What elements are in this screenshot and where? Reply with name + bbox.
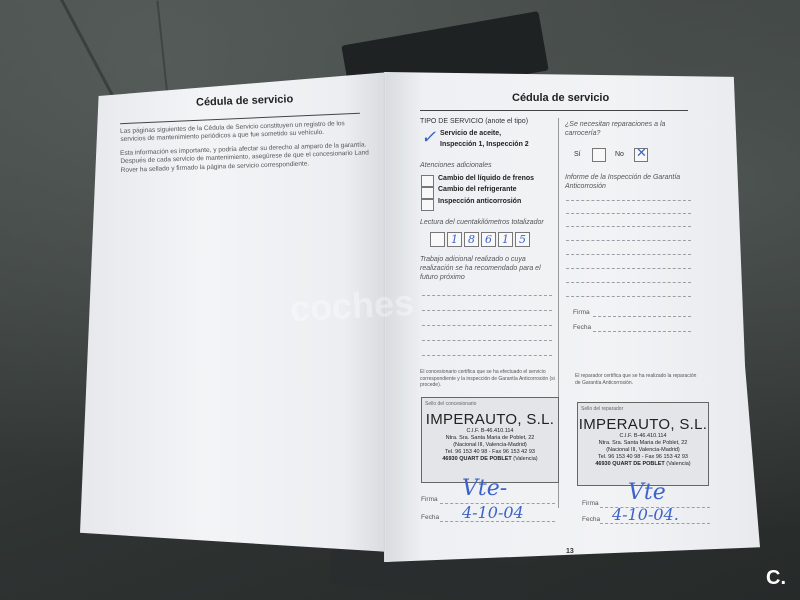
- stamp-address: Ntra. Sra. Santa Maria de Poblet, 22: [578, 440, 708, 447]
- stamp-header: Sello del reparador: [581, 406, 708, 412]
- stamp-city: QUART DE POBLET: [459, 456, 512, 462]
- stamp-phone: Tel. 96 153 40 98 - Fax 96 153 42 93: [578, 454, 708, 461]
- yes-label: Sí: [574, 151, 581, 158]
- stamp-city: QUART DE POBLET: [612, 461, 665, 467]
- service-type-heading: TIPO DE SERVICIO (anote el tipo): [420, 118, 528, 125]
- page-number-right: 13: [566, 548, 574, 555]
- extra-work-line[interactable]: [422, 355, 552, 356]
- additional-heading: Atenciones adicionales: [420, 162, 492, 169]
- report-line[interactable]: [566, 282, 691, 283]
- odometer-digit[interactable]: 6: [481, 232, 496, 247]
- stamp-cif: C.I.F. B-46.410.114: [422, 428, 558, 435]
- additional-item: Inspección anticorrosión: [438, 198, 521, 205]
- repairer-date: 4-10-04.: [612, 505, 679, 524]
- anticorrosion-checkbox[interactable]: [421, 199, 434, 211]
- report-line[interactable]: [566, 296, 691, 297]
- stamp-phone: Tel. 96 153 40 98 - Fax 96 153 42 93: [422, 449, 558, 456]
- repairer-fecha-label: Fecha: [582, 516, 600, 525]
- dealer-signature: Vte-: [462, 476, 507, 501]
- stamp-postal: 46930: [442, 456, 457, 462]
- dealer-stamp: Sello del concesionario IMPERAUTO, S.L. …: [421, 397, 559, 483]
- dealer-certification-text: El concesionario certifica que se ha efe…: [420, 369, 555, 389]
- coolant-checkbox[interactable]: [421, 187, 434, 199]
- corner-logo: C.: [766, 567, 786, 590]
- report-fecha-label: Fecha: [573, 324, 591, 333]
- repairer-certification-text: El reparador certifica que se ha realiza…: [575, 373, 700, 386]
- x-mark-icon: ✕: [636, 146, 647, 161]
- odometer-digit[interactable]: 8: [464, 232, 479, 247]
- extra-work-line[interactable]: [422, 310, 552, 311]
- report-firma-line[interactable]: [593, 316, 691, 317]
- service-type-option: Servicio de aceite,: [440, 130, 501, 137]
- stamp-region: (Valencia): [666, 461, 690, 467]
- odometer-digit[interactable]: 1: [498, 232, 513, 247]
- bodywork-no-checkbox[interactable]: ✕: [634, 148, 648, 162]
- repairer-stamp: Sello del reparador IMPERAUTO, S.L. C.I.…: [577, 402, 709, 486]
- extra-work-label: Trabajo adicional realizado o cuya reali…: [420, 255, 555, 282]
- stamp-road: (Nacional III, Valencia-Madrid): [422, 442, 558, 449]
- stamp-address: Ntra. Sra. Santa Maria de Poblet, 22: [422, 435, 558, 442]
- right-page-title: Cédula de servicio: [512, 92, 609, 104]
- service-type-checkmark[interactable]: ✓: [421, 127, 436, 148]
- repairer-firma-label: Firma: [582, 500, 599, 509]
- extra-work-line[interactable]: [422, 295, 552, 296]
- watermark: coches: [289, 282, 415, 330]
- odometer-digit[interactable]: 5: [515, 232, 530, 247]
- report-line[interactable]: [566, 200, 691, 201]
- anticorrosion-report-label: Informe de la Inspección de Garantía Ant…: [565, 173, 690, 191]
- report-firma-label: Firma: [573, 309, 590, 318]
- no-label: No: [615, 151, 624, 158]
- stamp-company-name: IMPERAUTO, S.L.: [578, 416, 708, 433]
- dealer-date: 4-10-04: [462, 503, 524, 522]
- report-line[interactable]: [566, 268, 691, 269]
- title-rule: [420, 110, 688, 111]
- report-line[interactable]: [566, 254, 691, 255]
- stamp-cif: C.I.F. B-46.410.114: [578, 433, 708, 440]
- bodywork-question: ¿Se necesitan reparaciones a la carrocer…: [565, 120, 685, 138]
- stamp-company-name: IMPERAUTO, S.L.: [422, 411, 558, 428]
- stamp-postal: 46930: [595, 461, 610, 467]
- odometer-digit[interactable]: 1: [447, 232, 462, 247]
- extra-work-line[interactable]: [422, 340, 552, 341]
- report-line[interactable]: [566, 226, 691, 227]
- odometer-label: Lectura del cuentakilómetros totalizador: [420, 219, 544, 226]
- report-fecha-line[interactable]: [593, 331, 691, 332]
- service-type-option: Inspección 1, Inspección 2: [440, 141, 529, 148]
- stamp-region: (Valencia): [513, 456, 537, 462]
- dealer-fecha-label: Fecha: [421, 514, 439, 523]
- additional-item: Cambio del refrigerante: [438, 186, 517, 193]
- report-line[interactable]: [566, 213, 691, 214]
- dealer-firma-label: Firma: [421, 496, 438, 505]
- page-number-left: 12: [208, 545, 216, 552]
- stamp-header: Sello del concesionario: [425, 401, 558, 407]
- stamp-road: (Nacional III, Valencia-Madrid): [578, 447, 708, 454]
- additional-item: Cambio del líquido de frenos: [438, 175, 534, 182]
- repairer-signature: Vte: [628, 480, 666, 505]
- bodywork-yes-checkbox[interactable]: [592, 148, 606, 162]
- report-line[interactable]: [566, 240, 691, 241]
- brake-fluid-checkbox[interactable]: [421, 175, 434, 187]
- extra-work-line[interactable]: [422, 325, 552, 326]
- odometer-digit[interactable]: [430, 232, 445, 247]
